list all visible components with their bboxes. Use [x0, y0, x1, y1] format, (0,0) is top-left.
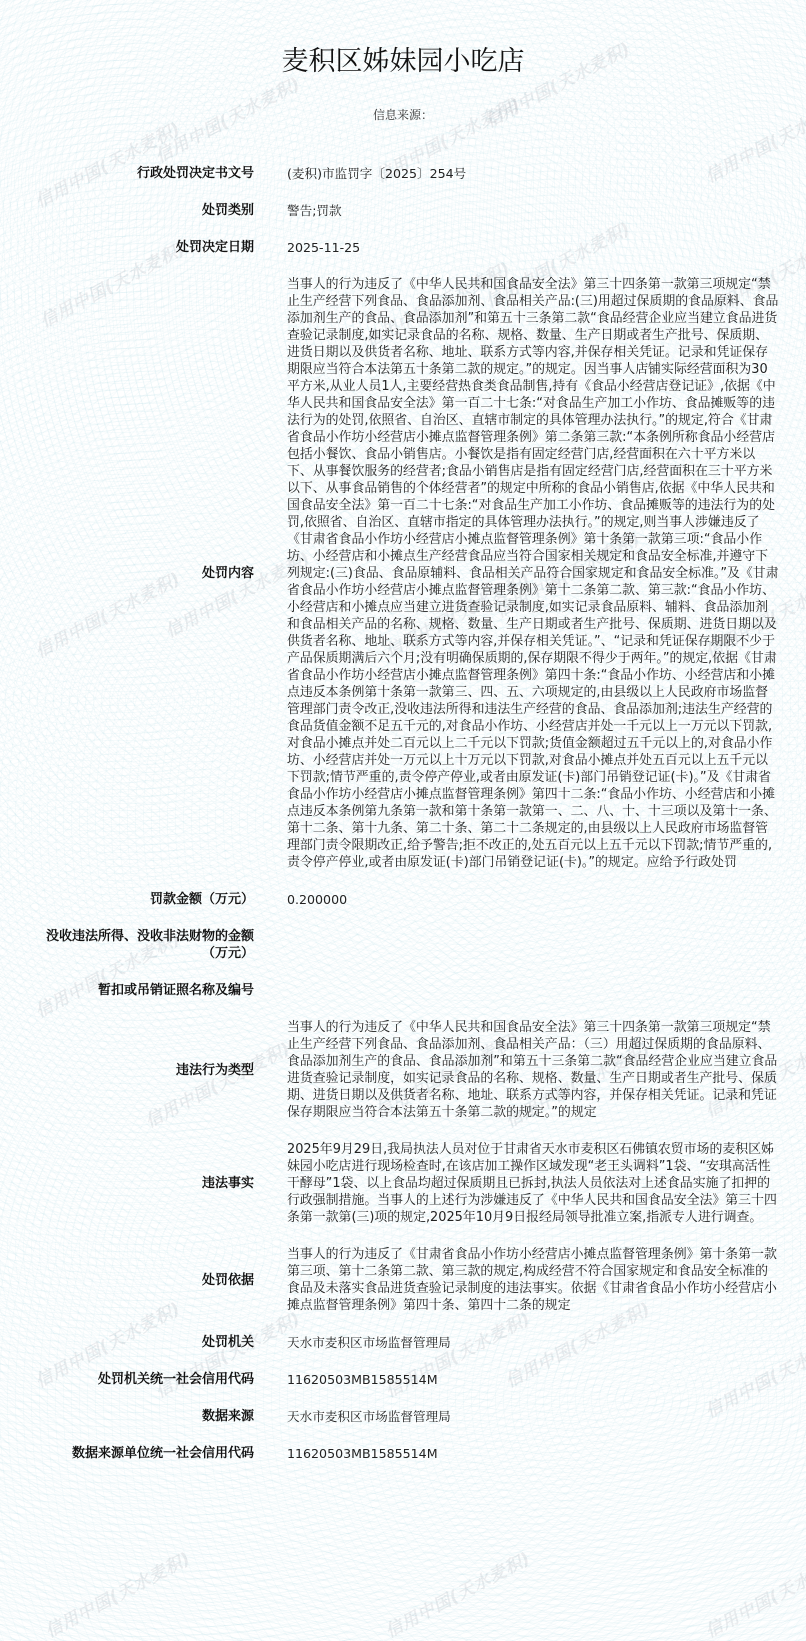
- decision-date-value: 2025-11-25: [270, 239, 780, 256]
- row-violation-facts: 违法事实 2025年9月29日,我局执法人员对位于甘肃省天水市麦积区石佛镇农贸市…: [0, 1141, 806, 1226]
- confiscated-amount-value: [270, 937, 780, 954]
- row-penalty-type: 处罚类别 警告;罚款: [0, 202, 806, 219]
- field-label: 处罚机关统一社会信用代码: [0, 1371, 270, 1388]
- row-violation-type: 违法行为类型 当事人的行为违反了《中华人民共和国食品安全法》第三十四条第一款第三…: [0, 1019, 806, 1121]
- row-confiscated-amount: 没收违法所得、没收非法财物的金额 （万元）: [0, 928, 806, 962]
- fine-amount-value: 0.200000: [270, 891, 780, 908]
- field-label: 行政处罚决定书文号: [0, 165, 270, 182]
- field-label: 处罚内容: [0, 565, 270, 582]
- violation-type-value: 当事人的行为违反了《中华人民共和国食品安全法》第三十四条第一款第三项规定“禁止生…: [270, 1019, 780, 1121]
- page-title: 麦积区姊妹园小吃店: [0, 0, 806, 86]
- row-authority-credit-code: 处罚机关统一社会信用代码 11620503MB1585514M: [0, 1371, 806, 1388]
- watermark-text: 信用中国(天水麦积): [380, 1544, 534, 1641]
- field-label: 处罚依据: [0, 1272, 270, 1289]
- watermark-text: 信用中国(天水麦积): [40, 1544, 194, 1641]
- violation-facts-value: 2025年9月29日,我局执法人员对位于甘肃省天水市麦积区石佛镇农贸市场的麦积区…: [270, 1141, 780, 1226]
- field-label: 处罚机关: [0, 1334, 270, 1351]
- penalty-basis-value: 当事人的行为违反了《甘肃省食品小作坊小经营店小摊点监督管理条例》第十条第一款第三…: [270, 1246, 780, 1314]
- row-penalty-basis: 处罚依据 当事人的行为违反了《甘肃省食品小作坊小经营店小摊点监督管理条例》第十条…: [0, 1246, 806, 1314]
- penalty-type-value: 警告;罚款: [270, 202, 780, 219]
- row-data-source: 数据来源 天水市麦积区市场监督管理局: [0, 1408, 806, 1425]
- field-label-line2: （万元）: [0, 945, 254, 962]
- row-penalty-content: 处罚内容 当事人的行为违反了《中华人民共和国食品安全法》第三十四条第一款第三项规…: [0, 276, 806, 871]
- row-license-revoked: 暂扣或吊销证照名称及编号: [0, 982, 806, 999]
- detail-table: 行政处罚决定书文号 (麦积)市监罚字〔2025〕254号 处罚类别 警告;罚款 …: [0, 165, 806, 1462]
- field-label: 暂扣或吊销证照名称及编号: [0, 982, 270, 999]
- field-label: 数据来源单位统一社会信用代码: [0, 1445, 270, 1462]
- authority-value: 天水市麦积区市场监督管理局: [270, 1334, 780, 1351]
- decision-no-value: (麦积)市监罚字〔2025〕254号: [270, 165, 780, 182]
- authority-credit-code-value: 11620503MB1585514M: [270, 1371, 780, 1388]
- field-label: 处罚类别: [0, 202, 270, 219]
- field-label: 违法事实: [0, 1175, 270, 1192]
- field-label: 没收违法所得、没收非法财物的金额 （万元）: [0, 928, 270, 962]
- row-authority: 处罚机关 天水市麦积区市场监督管理局: [0, 1334, 806, 1351]
- penalty-content-value: 当事人的行为违反了《中华人民共和国食品安全法》第三十四条第一款第三项规定“禁止生…: [270, 276, 780, 871]
- field-label: 处罚决定日期: [0, 239, 270, 256]
- field-label: 罚款金额（万元）: [0, 891, 270, 908]
- penalty-record: 麦积区姊妹园小吃店 信息来源： 行政处罚决定书文号 (麦积)市监罚字〔2025〕…: [0, 0, 806, 1462]
- info-source: 信息来源：: [0, 107, 806, 123]
- field-label-line1: 没收违法所得、没收非法财物的金额: [0, 928, 254, 945]
- watermark-text: 信用中国(天水麦积): [700, 1544, 806, 1641]
- data-source-value: 天水市麦积区市场监督管理局: [270, 1408, 780, 1425]
- row-decision-date: 处罚决定日期 2025-11-25: [0, 239, 806, 256]
- field-label: 违法行为类型: [0, 1062, 270, 1079]
- row-fine-amount: 罚款金额（万元） 0.200000: [0, 891, 806, 908]
- license-revoked-value: [270, 982, 780, 999]
- row-data-source-credit-code: 数据来源单位统一社会信用代码 11620503MB1585514M: [0, 1445, 806, 1462]
- data-source-credit-code-value: 11620503MB1585514M: [270, 1445, 780, 1462]
- field-label: 数据来源: [0, 1408, 270, 1425]
- row-decision-no: 行政处罚决定书文号 (麦积)市监罚字〔2025〕254号: [0, 165, 806, 182]
